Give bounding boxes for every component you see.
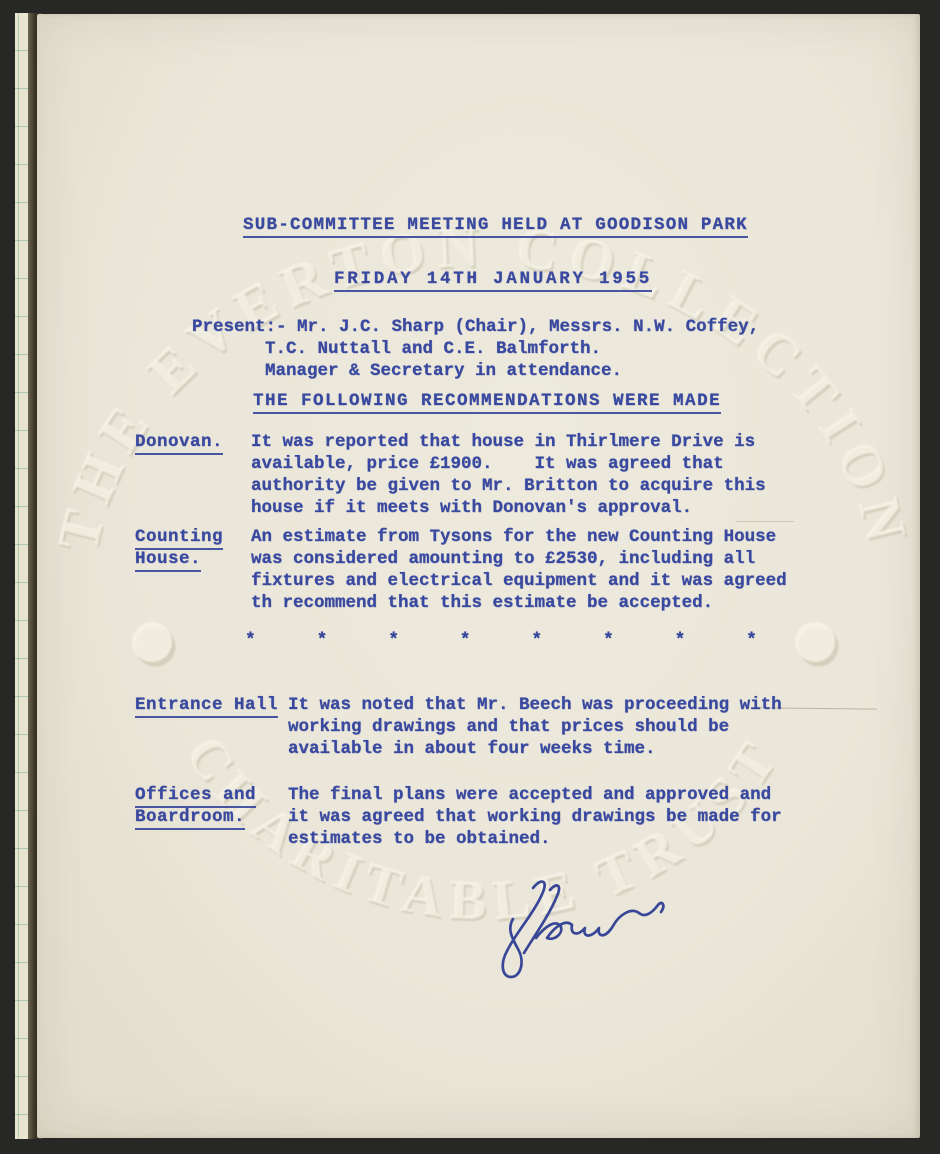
faint-pencil-mark [736,521,794,522]
minutes-page-paper [37,14,920,1138]
scanned-minutes-document: THE EVERTON COLLECTION CHARITABLE TRUST … [0,0,940,1154]
